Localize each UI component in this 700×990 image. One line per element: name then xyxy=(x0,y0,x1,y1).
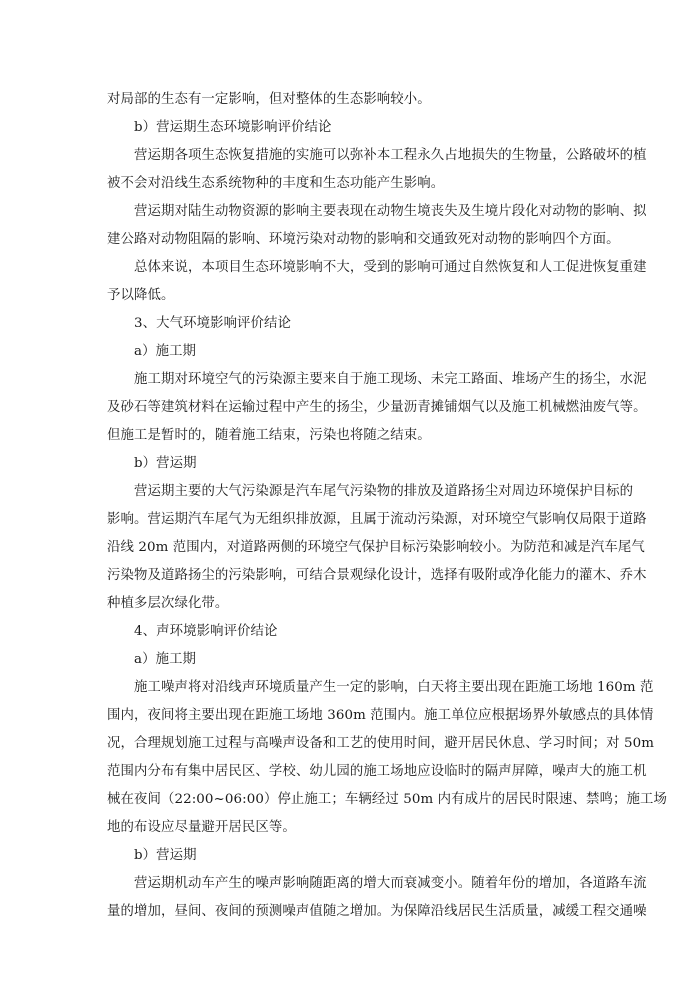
paragraph-ecology-summary: 总体来说，本项目生态环境影响不大，受到的影响可通过自然恢复和人工促进恢复重建 予… xyxy=(107,254,594,310)
heading-air-construction-period: a）施工期 xyxy=(107,338,594,366)
heading-text: 4、声环境影响评价结论 xyxy=(107,618,594,646)
text-line: 械在夜间（22:00~06:00）停止施工；车辆经过 50m 内有成片的居民时限… xyxy=(107,786,594,814)
text-line: 营运期机动车产生的噪声影响随距离的增大而衰减变小。随着年份的增加，各道路车流 xyxy=(107,870,594,898)
text-line: 沿线 20m 范围内，对道路两侧的环境空气保护目标污染影响较小。为防范和减是汽车… xyxy=(107,534,594,562)
document-page: 对局部的生态有一定影响，但对整体的生态影响较小。 b）营运期生态环境影响评价结论… xyxy=(107,86,594,926)
heading-air-operation-period: b）营运期 xyxy=(107,450,594,478)
paragraph-air-construction: 施工期对环境空气的污染源主要来自于施工现场、未完工路面、堆场产生的扬尘，水泥 及… xyxy=(107,366,594,450)
paragraph-ecology-restoration: 营运期各项生态恢复措施的实施可以弥补本工程永久占地损失的生物量，公路破坏的植 被… xyxy=(107,142,594,198)
paragraph-ecology-local-impact: 对局部的生态有一定影响，但对整体的生态影响较小。 xyxy=(107,86,594,114)
text-line: 影响。营运期汽车尾气为无组织排放源，且属于流动污染源，对环境空气影响仅局限于道路 xyxy=(107,506,594,534)
text-line: 量的增加，昼间、夜间的预测噪声值随之增加。为保障沿线居民生活质量，减缓工程交通噪 xyxy=(107,898,594,926)
text-line: 种植多层次绿化带。 xyxy=(107,590,594,618)
text-line: 予以降低。 xyxy=(107,282,594,310)
text-line: 地的布设应尽量避开居民区等。 xyxy=(107,814,594,842)
text-line: 总体来说，本项目生态环境影响不大，受到的影响可通过自然恢复和人工促进恢复重建 xyxy=(107,254,594,282)
text-line: 况，合理规划施工过程与高噪声设备和工艺的使用时间，避开居民休息、学习时间；对 5… xyxy=(107,730,594,758)
heading-noise-construction-period: a）施工期 xyxy=(107,646,594,674)
heading-text: b）营运期生态环境影响评价结论 xyxy=(107,114,594,142)
text-line: 建公路对动物阻隔的影响、环境污染对动物的影响和交通致死对动物的影响四个方面。 xyxy=(107,226,594,254)
heading-air-environment-conclusion: 3、大气环境影响评价结论 xyxy=(107,310,594,338)
text-line: 范围内分布有集中居民区、学校、幼儿园的施工场地应设临时的隔声屏障，噪声大的施工机 xyxy=(107,758,594,786)
paragraph-noise-construction: 施工噪声将对沿线声环境质量产生一定的影响，白天将主要出现在距施工场地 160m … xyxy=(107,674,594,842)
paragraph-terrestrial-animals: 营运期对陆生动物资源的影响主要表现在动物生境丧失及生境片段化对动物的影响、拟 建… xyxy=(107,198,594,254)
paragraph-air-operation: 营运期主要的大气污染源是汽车尾气污染物的排放及道路扬尘对周边环境保护目标的 影响… xyxy=(107,478,594,618)
text-line: 营运期对陆生动物资源的影响主要表现在动物生境丧失及生境片段化对动物的影响、拟 xyxy=(107,198,594,226)
heading-noise-operation-period: b）营运期 xyxy=(107,842,594,870)
text-line: 对局部的生态有一定影响，但对整体的生态影响较小。 xyxy=(107,86,594,114)
text-line: 及砂石等建筑材料在运输过程中产生的扬尘，少量沥青摊铺烟气以及施工机械燃油废气等。 xyxy=(107,394,594,422)
heading-text: a）施工期 xyxy=(107,646,594,674)
text-line: 但施工是暂时的，随着施工结束，污染也将随之结束。 xyxy=(107,422,594,450)
text-line: 营运期主要的大气污染源是汽车尾气污染物的排放及道路扬尘对周边环境保护目标的 xyxy=(107,478,594,506)
heading-text: b）营运期 xyxy=(107,450,594,478)
text-line: 施工噪声将对沿线声环境质量产生一定的影响，白天将主要出现在距施工场地 160m … xyxy=(107,674,594,702)
text-line: 污染物及道路扬尘的污染影响，可结合景观绿化设计，选择有吸附或净化能力的灌木、乔木 xyxy=(107,562,594,590)
heading-text: b）营运期 xyxy=(107,842,594,870)
heading-operation-ecology-conclusion: b）营运期生态环境影响评价结论 xyxy=(107,114,594,142)
paragraph-noise-operation: 营运期机动车产生的噪声影响随距离的增大而衰减变小。随着年份的增加，各道路车流 量… xyxy=(107,870,594,926)
heading-text: 3、大气环境影响评价结论 xyxy=(107,310,594,338)
text-line: 被不会对沿线生态系统物种的丰度和生态功能产生影响。 xyxy=(107,170,594,198)
text-line: 营运期各项生态恢复措施的实施可以弥补本工程永久占地损失的生物量，公路破坏的植 xyxy=(107,142,594,170)
heading-noise-environment-conclusion: 4、声环境影响评价结论 xyxy=(107,618,594,646)
heading-text: a）施工期 xyxy=(107,338,594,366)
text-line: 施工期对环境空气的污染源主要来自于施工现场、未完工路面、堆场产生的扬尘，水泥 xyxy=(107,366,594,394)
text-line: 围内，夜间将主要出现在距施工场地 360m 范围内。施工单位应根据场界外敏感点的… xyxy=(107,702,594,730)
